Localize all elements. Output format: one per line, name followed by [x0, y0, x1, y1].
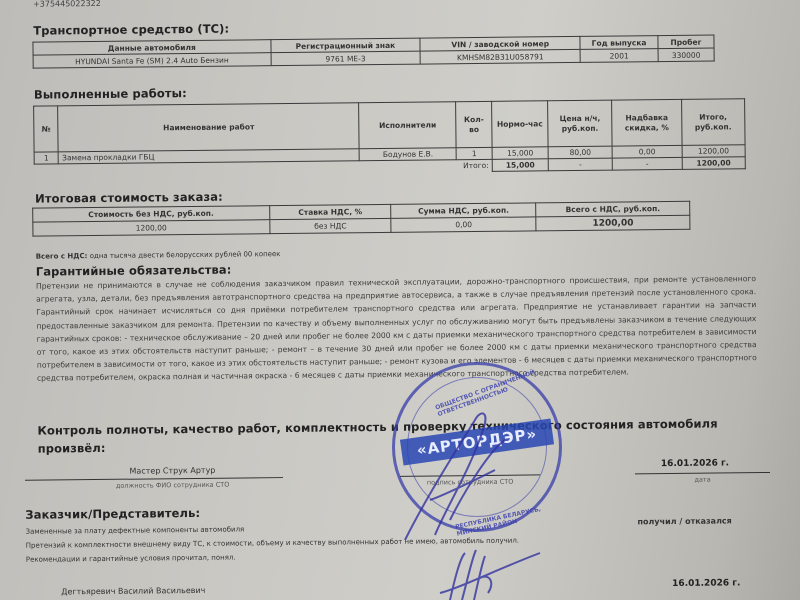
work-executor: Бодунов Е.В.: [359, 148, 456, 161]
works-total-hours: 15,000: [492, 159, 548, 172]
works-col-total: Итого, руб.коп.: [681, 99, 745, 146]
works-col-qty: Кол-во: [456, 101, 492, 147]
warranty-section-title: Гарантийные обязательства:: [36, 263, 232, 279]
customer-line-3: Рекомендации и гарантийные условия прочи…: [26, 554, 236, 564]
warranty-text: Претензии не принимаются в случае не соб…: [36, 272, 757, 385]
works-total-sum: 1200,00: [682, 157, 745, 170]
summary-vat-rate: без НДС: [269, 218, 391, 233]
works-col-number: №: [34, 106, 59, 152]
phone-number: +375445022322: [33, 0, 101, 9]
summary-vat-sum: 0,00: [391, 217, 536, 233]
vehicle-col-mileage: Пробег: [658, 35, 714, 49]
vehicle-table: Данные автомобиля Регистрационный знак V…: [32, 35, 714, 69]
work-qty: 1: [456, 147, 492, 159]
date-line: [635, 472, 770, 474]
work-discount: 0,00: [612, 145, 681, 158]
works-section-title: Выполненные работы:: [34, 86, 187, 102]
master-name: Мастер Струк Артур: [65, 465, 280, 476]
works-col-price: Цена н/ч, руб.коп.: [548, 100, 613, 147]
work-total: 1200,00: [682, 145, 745, 158]
total-in-words-label: Всего с НДС:: [36, 252, 88, 261]
total-in-words: Всего с НДС: одна тысяча двести белорусс…: [36, 250, 281, 261]
customer-line-1: Замененные за плату дефектные компоненты…: [26, 525, 245, 535]
control-date: 16.01.2026 г.: [661, 458, 729, 469]
summary-table: Стоимость без НДС, руб.коп. Ставка НДС, …: [32, 201, 690, 237]
vehicle-year: 2001: [580, 49, 658, 63]
vehicle-section-title: Транспортное средство (ТС):: [33, 22, 229, 38]
summary-col-vat-rate: Ставка НДС, %: [269, 204, 391, 219]
summary-col-vat-sum: Сумма НДС, руб.коп.: [391, 203, 536, 219]
works-col-norm-hours: Нормо-час: [492, 101, 549, 148]
customer-section-title: Заказчик/Представитель:: [25, 506, 200, 522]
vehicle-vin: KMHSM82B31U058791: [420, 49, 580, 64]
vehicle-mileage: 330000: [658, 48, 714, 62]
summary-total: 1200,00: [536, 215, 690, 231]
works-total-dash-price: -: [548, 158, 612, 171]
works-total-label: Итого:: [360, 159, 493, 172]
work-norm-hours: 15,000: [492, 147, 548, 160]
vehicle-reg-number: 9761 ME-3: [271, 51, 421, 66]
summary-section-title: Итоговая стоимость заказа:: [35, 190, 223, 206]
customer-line-1-value: получил / отказался: [637, 516, 731, 526]
customer-date: 16.01.2026 г.: [672, 578, 740, 589]
customer-name: Дегтьяревич Василий Васильевич: [61, 585, 261, 596]
master-caption: должность ФИО сотрудника СТО: [65, 480, 280, 490]
works-col-name: Наименование работ: [58, 103, 359, 152]
work-number: 1: [34, 152, 59, 164]
works-table: № Наименование работ Исполнители Кол-во …: [33, 98, 746, 176]
works-col-discount: Надбавка скидка, %: [612, 99, 682, 146]
works-total-dash-discount: -: [613, 157, 682, 170]
vehicle-col-year: Год выпуска: [580, 36, 658, 50]
summary-net: 1200,00: [33, 220, 270, 236]
master-signature-icon: [395, 400, 535, 550]
work-price: 80,00: [548, 146, 612, 159]
vehicle-model: HYUNDAI Santa Fe (SM) 2.4 Auto Бензин: [33, 53, 271, 68]
works-col-executors: Исполнители: [359, 102, 456, 149]
date-caption: дата: [635, 475, 770, 484]
customer-signature-icon: [430, 548, 550, 600]
total-in-words-value: одна тысяча двести белорусских рублей 00…: [90, 250, 281, 260]
